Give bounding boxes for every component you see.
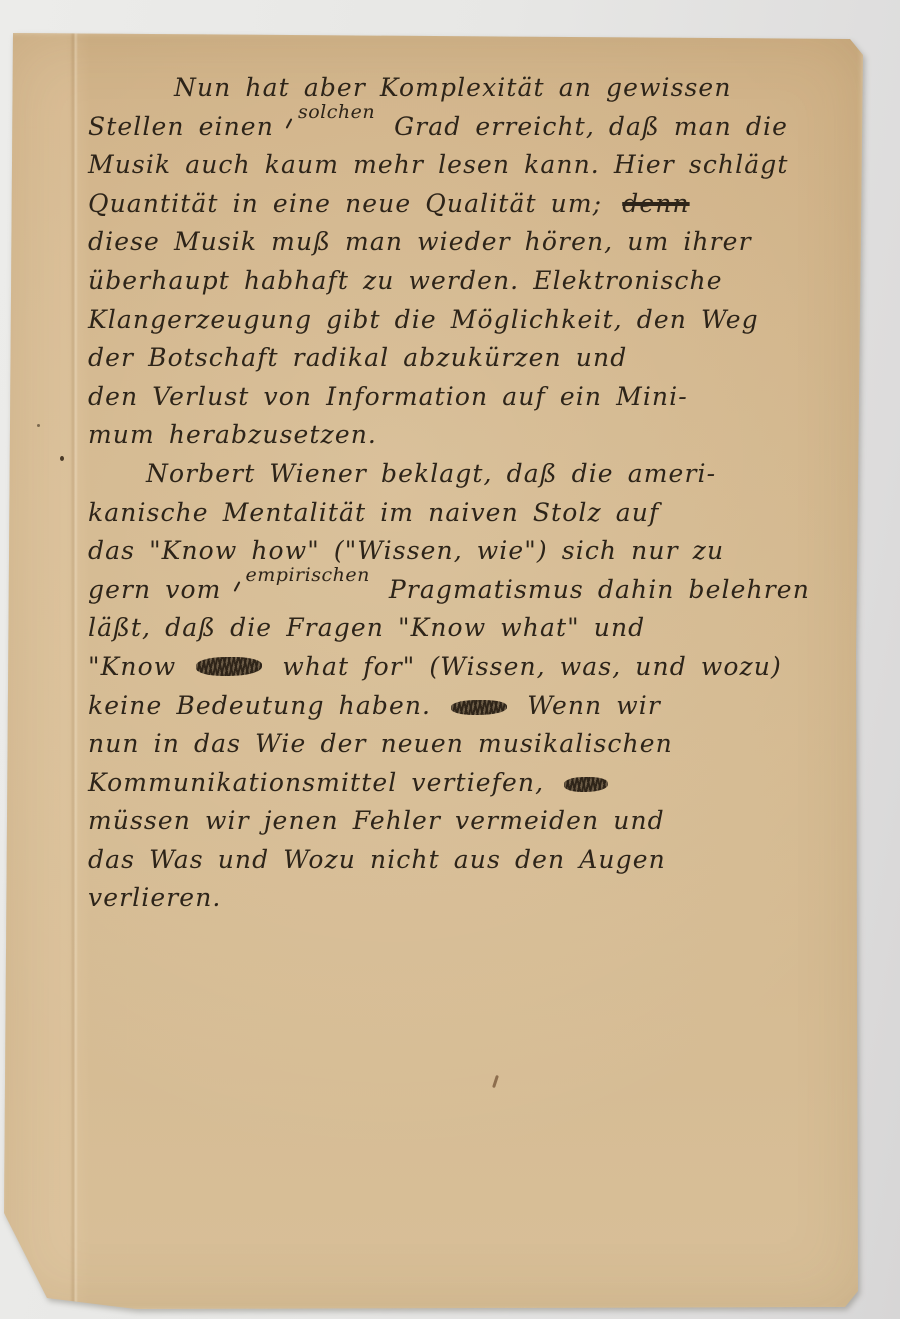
scribbled-out-word	[564, 777, 608, 792]
manuscript-line: Stellen einen solchen Grad erreicht, daß…	[88, 108, 860, 147]
manuscript-line: kanische Mentalität im naiven Stolz auf	[88, 494, 860, 533]
handwritten-text: Quantität in eine neue Qualität um;	[88, 189, 602, 218]
manuscript-line: "Know what for" (Wissen, was, und wozu)	[88, 648, 860, 687]
handwritten-text: nun in das Wie der neuen musikalischen	[88, 729, 673, 758]
paragraph-1: Nun hat aber Komplexität an gewissen Ste…	[88, 69, 860, 455]
inserted-word-above-line: solchen	[298, 103, 375, 122]
stray-pen-mark	[492, 1075, 499, 1088]
manuscript-line: müssen wir jenen Fehler vermeiden und	[88, 802, 860, 841]
manuscript-line: Kommunikationsmittel vertiefen,	[88, 764, 860, 803]
handwritten-text: what for" (Wissen, was, und wozu)	[282, 652, 782, 681]
manuscript-line: nun in das Wie der neuen musikalischen	[88, 725, 860, 764]
manuscript-line: verlieren.	[88, 879, 860, 918]
handwritten-text: Nun hat aber Komplexität an gewissen	[174, 73, 732, 102]
handwritten-text: Wenn wir	[527, 691, 661, 720]
handwritten-text: mum herabzusetzen.	[88, 420, 377, 449]
manuscript-line: überhaupt habhaft zu werden. Elektronisc…	[88, 262, 860, 301]
scribbled-out-word	[451, 700, 507, 715]
manuscript-line: das "Know how" ("Wissen, wie") sich nur …	[88, 532, 860, 571]
manuscript-line: Klangerzeugung gibt die Möglichkeit, den…	[88, 301, 860, 340]
manuscript-line: mum herabzusetzen.	[88, 416, 860, 455]
handwritten-text: der Botschaft radikal abzukürzen und	[88, 343, 627, 372]
handwritten-text: das Was und Wozu nicht aus den Augen	[88, 845, 666, 874]
handwritten-text: den Verlust von Information auf ein Mini…	[88, 382, 688, 411]
ink-speck	[60, 456, 64, 461]
manuscript-line: den Verlust von Information auf ein Mini…	[88, 378, 860, 417]
manuscript-line: Musik auch kaum mehr lesen kann. Hier sc…	[88, 146, 860, 185]
handwritten-text: "Know	[88, 652, 176, 681]
handwritten-text: diese Musik muß man wieder hören, um ihr…	[88, 227, 752, 256]
handwritten-text: kanische Mentalität im naiven Stolz auf	[88, 498, 659, 527]
handwritten-text: Kommunikationsmittel vertiefen,	[88, 768, 544, 797]
handwritten-text: läßt, daß die Fragen "Know what" und	[88, 613, 645, 642]
manuscript-line: der Botschaft radikal abzukürzen und	[88, 339, 860, 378]
handwritten-text: überhaupt habhaft zu werden. Elektronisc…	[88, 266, 723, 295]
inserted-word-above-line: empirischen	[246, 566, 370, 585]
manuscript-line: Quantität in eine neue Qualität um; denn	[88, 185, 860, 224]
manuscript-line: diese Musik muß man wieder hören, um ihr…	[88, 223, 860, 262]
manuscript-line: gern vom empirischen Pragmatismus dahin …	[88, 571, 860, 610]
manuscript-text: Nun hat aber Komplexität an gewissen Ste…	[88, 69, 860, 918]
handwritten-text: Norbert Wiener beklagt, daß die ameri-	[146, 459, 716, 488]
scribbled-out-word	[196, 657, 262, 676]
manuscript-page: Nun hat aber Komplexität an gewissen Ste…	[4, 33, 864, 1310]
handwritten-text: verlieren.	[88, 883, 221, 912]
paper-crease-line	[70, 33, 78, 1310]
manuscript-line: Norbert Wiener beklagt, daß die ameri-	[88, 455, 860, 494]
manuscript-line: das Was und Wozu nicht aus den Augen	[88, 841, 860, 880]
handwritten-text: Musik auch kaum mehr lesen kann. Hier sc…	[88, 150, 788, 179]
manuscript-line: läßt, daß die Fragen "Know what" und	[88, 609, 860, 648]
handwritten-text: Pragmatismus dahin belehren	[389, 575, 810, 604]
handwritten-text: gern vom	[88, 575, 221, 604]
handwritten-text: das "Know how" ("Wissen, wie") sich nur …	[88, 536, 724, 565]
handwritten-text: keine Bedeutung haben.	[88, 691, 431, 720]
paragraph-2: Norbert Wiener beklagt, daß die ameri- k…	[88, 455, 860, 918]
handwritten-text: Klangerzeugung gibt die Möglichkeit, den…	[88, 305, 759, 334]
handwritten-text: Stellen einen	[88, 112, 274, 141]
handwritten-text: müssen wir jenen Fehler vermeiden und	[88, 806, 665, 835]
ink-speck	[37, 424, 40, 427]
page-background: Nun hat aber Komplexität an gewissen Ste…	[0, 0, 900, 1319]
manuscript-line: keine Bedeutung haben. Wenn wir	[88, 687, 860, 726]
paper-sheet: Nun hat aber Komplexität an gewissen Ste…	[4, 33, 864, 1310]
manuscript-line: Nun hat aber Komplexität an gewissen	[88, 69, 860, 108]
handwritten-text: Grad erreicht, daß man die	[394, 112, 788, 141]
crossed-out-word: denn	[622, 189, 689, 218]
